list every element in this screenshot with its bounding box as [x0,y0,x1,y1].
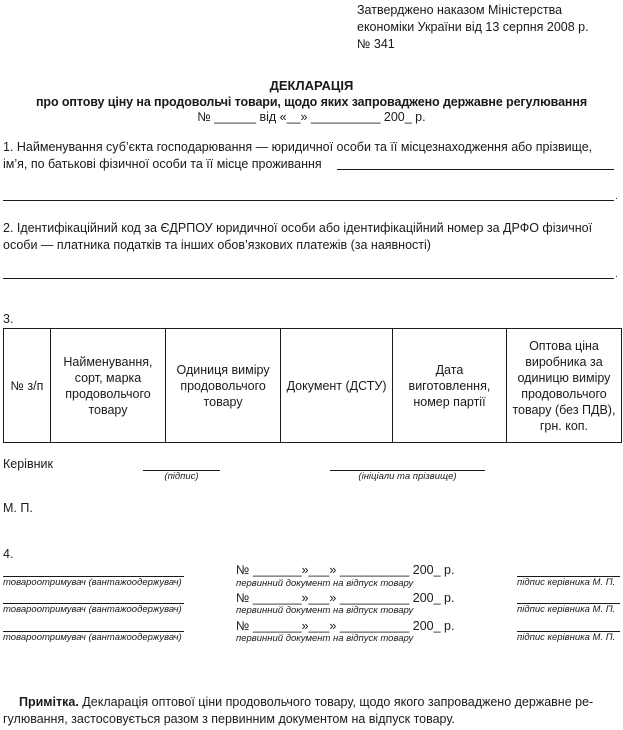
goods-table-header-row: № з/п Найменування, сорт, марка продовол… [4,329,622,443]
head-label: Керівник [3,457,53,471]
recipient-caption: товароотримувач (вантажоодержувач) [3,604,182,615]
head-signature-caption: підпис керівника М. П. [517,632,615,643]
recipient-caption: товароотримувач (вантажоодержувач) [3,577,182,588]
approval-line: Затверджено наказом Міністерства [357,2,589,19]
approval-line: економіки України від 13 серпня 2008 р. [357,19,589,36]
column-header-date-batch: Дата виготовлення, номер партії [392,329,506,443]
section-3-label: 3. [3,312,13,326]
name-caption: (ініціали та прізвище) [330,471,485,482]
column-header-number: № з/п [4,329,51,443]
document-title: ДЕКЛАРАЦІЯ [0,78,623,93]
section-4-label: 4. [3,547,13,561]
section-2-end-mark: . [615,269,618,280]
column-header-wholesale-price: Оптова ціна виробника за одиницю виміру … [506,329,621,443]
section-1-line-2: ім’я, по батькові фізичної особи та її м… [3,156,621,173]
document-number-line[interactable]: № _______»___» __________ 200_ р. [236,563,454,577]
note-label: Примітка. [19,695,79,709]
document-caption: первинний документ на відпуск товару [236,633,413,644]
section-2-text: 2. Ідентифікаційний код за ЄДРПОУ юридич… [3,220,621,254]
document-caption: первинний документ на відпуск товару [236,605,413,616]
goods-table: № з/п Найменування, сорт, марка продовол… [3,328,622,443]
entity-name-field[interactable] [337,169,614,170]
head-signature-caption: підпис керівника М. П. [517,577,615,588]
identification-code-field[interactable] [3,278,614,279]
document-number-line[interactable]: № _______»___» __________ 200_ р. [236,591,454,605]
document-caption: первинний документ на відпуск товару [236,578,413,589]
approval-line: № 341 [357,36,589,53]
section-2-line-1: 2. Ідентифікаційний код за ЄДРПОУ юридич… [3,220,621,237]
approval-block: Затверджено наказом Міністерства економі… [357,2,589,53]
stamp-label: М. П. [3,501,33,515]
section-2-line-2: особи — платника податків та інших обов’… [3,237,621,254]
section-1-line-1: 1. Найменування суб’єкта господарювання … [3,139,621,156]
note: Примітка. Декларація оптової ціни продов… [3,694,621,728]
section-1-end-mark: . [615,191,618,202]
column-header-document: Документ (ДСТУ) [281,329,393,443]
section-1-text: 1. Найменування суб’єкта господарювання … [3,139,621,173]
head-signature-caption: підпис керівника М. П. [517,604,615,615]
document-subtitle: про оптову ціну на продовольчі товари, щ… [0,95,623,109]
entity-address-field[interactable] [3,200,614,201]
recipient-caption: товароотримувач (вантажоодержувач) [3,632,182,643]
column-header-unit: Одиниця виміру продовольчого товару [166,329,281,443]
note-text: Декларація оптової ціни продовольчого то… [3,695,593,726]
signature-caption: (підпис) [143,471,220,482]
column-header-product-name: Найменування, сорт, марка продовольчого … [50,329,165,443]
declaration-number-line: № ______ від «__» __________ 200_ р. [0,110,623,124]
document-number-line[interactable]: № _______»___» __________ 200_ р. [236,619,454,633]
